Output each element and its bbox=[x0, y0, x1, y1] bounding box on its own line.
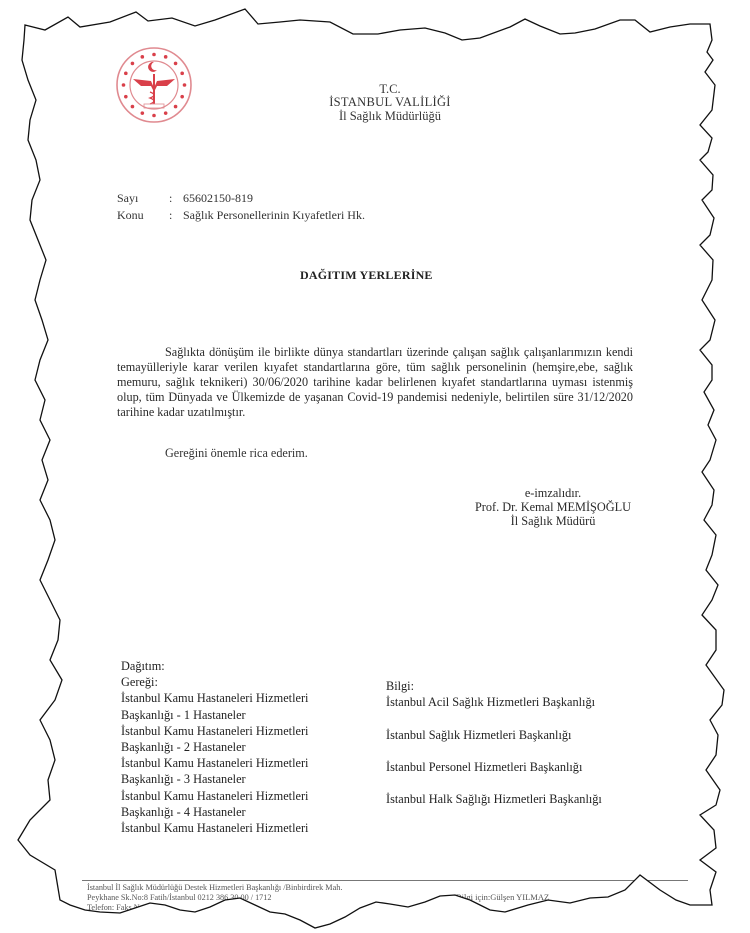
meta-value: 65602150-819 bbox=[183, 190, 253, 207]
header-department: İl Sağlık Müdürlüğü bbox=[300, 109, 480, 123]
action-line: İstanbul Kamu Hastaneleri Hizmetleri bbox=[121, 755, 308, 771]
action-line: İstanbul Kamu Hastaneleri Hizmetleri bbox=[121, 788, 308, 804]
action-line: İstanbul Kamu Hastaneleri Hizmetleri bbox=[121, 723, 308, 739]
meta-separator: : bbox=[169, 207, 183, 224]
info-contact-title: UZMAN bbox=[456, 907, 549, 927]
distribution-heading: Dağıtım: bbox=[121, 658, 308, 674]
meta-separator: : bbox=[169, 190, 183, 207]
action-line: İstanbul Kamu Hastaneleri Hizmetleri bbox=[121, 690, 308, 706]
action-line: Başkanlığı - 1 Hastaneler bbox=[121, 707, 308, 723]
info-line: İstanbul Halk Sağlığı Hizmetleri Başkanl… bbox=[386, 791, 602, 823]
action-lines: İstanbul Kamu Hastaneleri HizmetleriBaşk… bbox=[121, 690, 308, 836]
info-line: İstanbul Acil Sağlık Hizmetleri Başkanlı… bbox=[386, 694, 602, 726]
meta-row-number: Sayı : 65602150-819 bbox=[117, 190, 365, 207]
action-line: Başkanlığı - 3 Hastaneler bbox=[121, 771, 308, 787]
action-line: Başkanlığı - 2 Hastaneler bbox=[121, 739, 308, 755]
meta-label: Sayı bbox=[117, 190, 169, 207]
action-heading: Gereği: bbox=[121, 674, 308, 690]
meta-label: Konu bbox=[117, 207, 169, 224]
meta-row-subject: Konu : Sağlık Personellerinin Kıyafetler… bbox=[117, 207, 365, 224]
signatory-title: İl Sağlık Müdürü bbox=[458, 514, 648, 528]
footer-contact-line: Telefon: Faks No: bbox=[87, 903, 342, 913]
header-tc: T.C. bbox=[300, 82, 480, 96]
closing-line: Gereğini önemle rica ederim. bbox=[165, 446, 308, 461]
info-contact-name: Bilgi için:Gülşen YILMAZ bbox=[456, 887, 549, 907]
footer-address-line: İstanbul İl Sağlık Müdürlüğü Destek Hizm… bbox=[87, 883, 342, 893]
header-governorship: İSTANBUL VALİLİĞİ bbox=[300, 95, 480, 109]
signatory-name: Prof. Dr. Kemal MEMİŞOĞLU bbox=[458, 500, 648, 514]
info-line: İstanbul Personel Hizmetleri Başkanlığı bbox=[386, 759, 602, 791]
action-line: Başkanlığı - 4 Hastaneler bbox=[121, 804, 308, 820]
signature-block: e-imzalıdır. Prof. Dr. Kemal MEMİŞOĞLU İ… bbox=[458, 486, 648, 528]
footer-info-contact: Bilgi için:Gülşen YILMAZ UZMAN bbox=[456, 887, 549, 927]
distribution-info-list: Bilgi: İstanbul Acil Sağlık Hizmetleri B… bbox=[386, 678, 602, 824]
action-line: İstanbul Kamu Hastaneleri Hizmetleri bbox=[121, 820, 308, 836]
footer-divider bbox=[82, 880, 688, 881]
info-line: İstanbul Sağlık Hizmetleri Başkanlığı bbox=[386, 727, 602, 759]
info-heading: Bilgi: bbox=[386, 678, 602, 694]
ministry-seal-logo bbox=[115, 46, 193, 124]
distribution-action-list: Dağıtım: Gereği: İstanbul Kamu Hastanele… bbox=[121, 658, 308, 836]
footer-address: İstanbul İl Sağlık Müdürlüğü Destek Hizm… bbox=[87, 883, 342, 913]
e-signature-note: e-imzalıdır. bbox=[458, 486, 648, 500]
ministry-of-health-seal-icon bbox=[115, 46, 193, 124]
distribution-title: DAĞITIM YERLERİNE bbox=[300, 268, 433, 283]
body-paragraph: Sağlıkta dönüşüm ile birlikte dünya stan… bbox=[117, 345, 633, 420]
torn-paper-edge bbox=[0, 0, 750, 933]
info-lines: İstanbul Acil Sağlık Hizmetleri Başkanlı… bbox=[386, 694, 602, 824]
document-meta: Sayı : 65602150-819 Konu : Sağlık Person… bbox=[117, 190, 365, 224]
footer-address-line: Peykhane Sk.No:8 Fatih/İstanbul 0212 386… bbox=[87, 893, 342, 903]
meta-value: Sağlık Personellerinin Kıyafetleri Hk. bbox=[183, 207, 365, 224]
